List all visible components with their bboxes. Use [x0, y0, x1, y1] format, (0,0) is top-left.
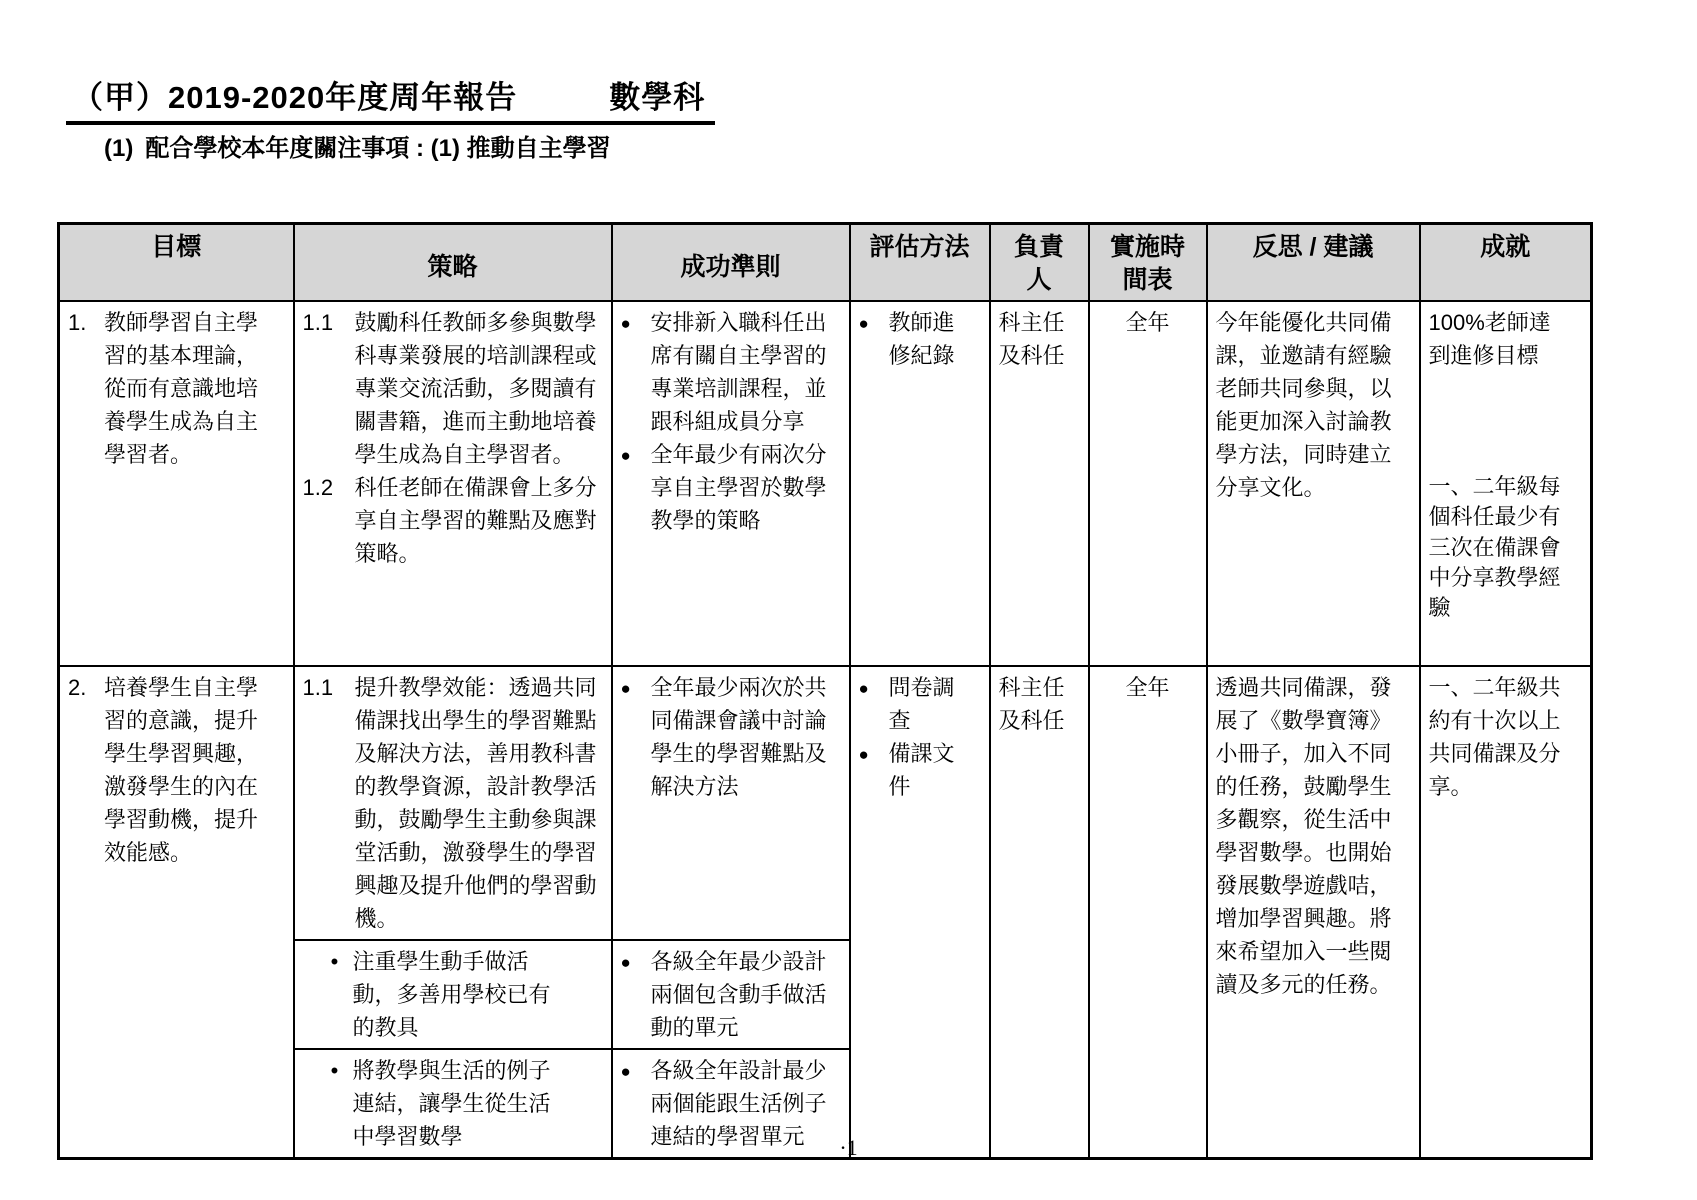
r1-strategy-1-text: 鼓勵科任教師多參與數學科專業發展的培訓課程或專業交流活動，多閱讀有關書籍，進而主… [355, 306, 603, 471]
header-responsible-label: 負責人 [1011, 231, 1067, 296]
subtitle-text: 配合學校本年度關注事項 : (1) 推動自主學習 [145, 135, 610, 162]
r2-sub1-strategy: 注重學生動手做活動，多善用學校已有的教具 [353, 945, 558, 1044]
r1-achievement-2: 一、二年級每個科任最少有三次在備課會中分享教學經驗 [1429, 472, 1583, 624]
header-timetable: 實施時間表 [1089, 224, 1207, 302]
header-strategy: 策略 [294, 224, 612, 302]
header-success: 成功準則 [612, 224, 850, 302]
bullet-icon: ● [859, 671, 889, 737]
r1-reflection-cell: 今年能優化共同備課，並邀請有經驗老師共同參與，以能更加深入討論教學方法，同時建立… [1207, 301, 1420, 666]
r1-achievement-cell: 100%老師達到進修目標 一、二年級每個科任最少有三次在備課會中分享教學經驗 [1420, 301, 1592, 666]
bullet-icon: ● [621, 438, 651, 537]
r1-achievement-1: 100%老師達到進修目標 [1429, 306, 1561, 372]
bullet-icon: ● [859, 306, 889, 372]
r1-evaluation-cell: ● 教師進修紀錄 [850, 301, 990, 666]
bullet-icon: ● [621, 671, 651, 803]
r2-goal-number: 2. [68, 671, 104, 869]
page-subtitle: (1)配合學校本年度關注事項 : (1) 推動自主學習 [104, 128, 611, 163]
r1-goal-number: 1. [68, 306, 104, 471]
header-reflection: 反思 / 建議 [1207, 224, 1420, 302]
header-achievement: 成就 [1420, 224, 1592, 302]
r2-reflection-cell: 透過共同備課，發展了《數學寶簿》小冊子，加入不同的任務，鼓勵學生多觀察，從生活中… [1207, 666, 1420, 1159]
r2-goal-cell: 2. 培養學生自主學習的意識，提升學生學習興趣，激發學生的內在學習動機，提升效能… [59, 666, 294, 1159]
r1-evaluation-1: 教師進修紀錄 [889, 306, 957, 372]
page-title-subject: 數學科 [609, 80, 705, 115]
r2-strategy-main-cell: 1.1 提升教學效能：透過共同備課找出學生的學習難點及解決方法，善用教科書的教學… [294, 666, 612, 940]
r2-evaluation-2: 備課文件 [889, 737, 957, 803]
r2-timetable-cell: 全年 [1089, 666, 1207, 1159]
bullet-icon: ● [621, 306, 651, 438]
page-title-main: （甲）2019-2020年度周年報告 [72, 80, 517, 115]
table-row-2a: 2. 培養學生自主學習的意識，提升學生學習興趣，激發學生的內在學習動機，提升效能… [59, 666, 1592, 940]
r1-success-2: 全年最少有兩次分享自主學習於數學教學的策略 [651, 438, 841, 537]
r2-goal-text: 培養學生自主學習的意識，提升學生學習興趣，激發學生的內在學習動機，提升效能感。 [104, 671, 262, 869]
r2-strategy-number: 1.1 [303, 671, 355, 935]
r2-sub1-success-cell: ● 各級全年最少設計兩個包含動手做活動的單元 [612, 940, 850, 1049]
r1-strategy-2-text: 科任老師在備課會上多分享自主學習的難點及應對策略。 [355, 471, 603, 570]
r2-success-main: 全年最少兩次於共同備課會議中討論學生的學習難點及解決方法 [651, 671, 841, 803]
r2-evaluation-1: 問卷調查 [889, 671, 957, 737]
r1-timetable-cell: 全年 [1089, 301, 1207, 666]
r1-success-1: 安排新入職科任出席有關自主學習的專業培訓課程，並跟科組成員分享 [651, 306, 841, 438]
header-timetable-label: 實施時間表 [1108, 231, 1188, 296]
r2-sub1-success: 各級全年最少設計兩個包含動手做活動的單元 [651, 945, 841, 1044]
r1-strategy-cell: 1.1 鼓勵科任教師多參與數學科專業發展的培訓課程或專業交流活動，多閱讀有關書籍… [294, 301, 612, 666]
bullet-icon: ● [859, 737, 889, 803]
header-goal: 目標 [59, 224, 294, 302]
page-number: ·1 [0, 1135, 1697, 1161]
table-header-row: 目標 策略 成功準則 評估方法 負責人 實施時間表 反思 / 建議 成就 [59, 224, 1592, 302]
r1-responsible-cell: 科主任及科任 [990, 301, 1089, 666]
r2-evaluation-cell: ● 問卷調查 ● 備課文件 [850, 666, 990, 1159]
r2-strategy-text: 提升教學效能：透過共同備課找出學生的學習難點及解決方法，善用教科書的教學資源，設… [355, 671, 603, 935]
r1-strategy-2-number: 1.2 [303, 471, 355, 570]
page-title: （甲）2019-2020年度周年報告數學科 [66, 72, 715, 125]
r1-strategy-1-number: 1.1 [303, 306, 355, 471]
r1-goal-cell: 1. 教師學習自主學習的基本理論，從而有意識地培養學生成為自主學習者。 [59, 301, 294, 666]
header-responsible: 負責人 [990, 224, 1089, 302]
table-row-1: 1. 教師學習自主學習的基本理論，從而有意識地培養學生成為自主學習者。 1.1 … [59, 301, 1592, 666]
bullet-small-icon: • [317, 945, 353, 1044]
annual-report-table: 目標 策略 成功準則 評估方法 負責人 實施時間表 反思 / 建議 成就 1. … [57, 222, 1593, 1160]
document-page: （甲）2019-2020年度周年報告數學科 (1)配合學校本年度關注事項 : (… [0, 0, 1697, 1200]
r2-success-main-cell: ● 全年最少兩次於共同備課會議中討論學生的學習難點及解決方法 [612, 666, 850, 940]
subtitle-number: (1) [104, 135, 133, 162]
r1-goal-text: 教師學習自主學習的基本理論，從而有意識地培養學生成為自主學習者。 [104, 306, 262, 471]
r2-achievement-cell: 一、二年級共約有十次以上共同備課及分享。 [1420, 666, 1592, 1159]
r2-responsible-cell: 科主任及科任 [990, 666, 1089, 1159]
header-evaluation: 評估方法 [850, 224, 990, 302]
r2-sub1-strategy-cell: • 注重學生動手做活動，多善用學校已有的教具 [294, 940, 612, 1049]
bullet-icon: ● [621, 945, 651, 1044]
r1-success-cell: ● 安排新入職科任出席有關自主學習的專業培訓課程，並跟科組成員分享 ● 全年最少… [612, 301, 850, 666]
